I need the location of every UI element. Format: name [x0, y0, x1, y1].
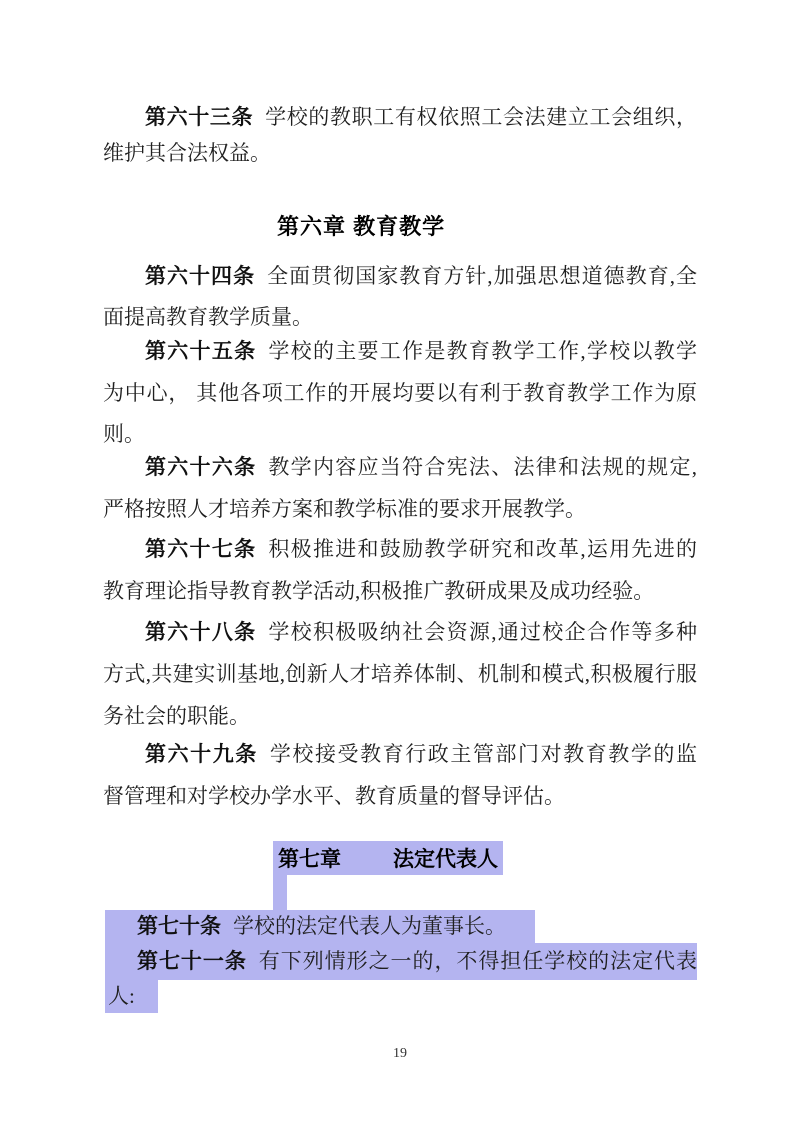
article-66-line-1: 第六十六条教学内容应当符合宪法、法律和法规的规定,	[103, 447, 697, 488]
article-71-text-1: 有下列情形之一的，不得担任学校的法定代表	[259, 949, 697, 973]
article-71-highlight-line-2: 人:	[105, 980, 158, 1013]
article-65-line-2: 为中心， 其他各项工作的开展均要以有利于教育教学工作为原	[103, 373, 697, 414]
article-71-number: 第七十一条	[137, 949, 247, 973]
article-67-line-2: 教育理论指导教育教学活动,积极推广教研成果及成功经验。	[103, 571, 697, 612]
article-64-text-1: 全面贯彻国家教育方针,加强思想道德教育,全	[267, 264, 697, 288]
article-63-line-1: 第六十三条学校的教职工有权依照工会法建立工会组织，	[103, 97, 697, 138]
article-65-number: 第六十五条	[145, 339, 256, 363]
article-69-text-1: 学校接受教育行政主管部门对教育教学的监	[270, 742, 697, 766]
article-71-highlight-line-1: 第七十一条有下列情形之一的，不得担任学校的法定代表	[105, 943, 697, 980]
article-68-line-1: 第六十八条学校积极吸纳社会资源,通过校企合作等多种	[103, 612, 697, 653]
article-64-number: 第六十四条	[145, 264, 255, 288]
chapter-7-heading-highlight: 第七章 法定代表人	[273, 841, 503, 875]
article-68-line-2: 方式,共建实训基地,创新人才培养体制、机制和模式,积极履行服	[103, 654, 697, 695]
page-number: 19	[0, 1044, 800, 1064]
article-69-number: 第六十九条	[145, 742, 258, 766]
article-67-text-1: 积极推进和鼓励教学研究和改革,运用先进的	[268, 537, 697, 561]
article-63-text-1: 学校的教职工有权依照工会法建立工会组织，	[265, 105, 697, 129]
article-69-line-2: 督管理和对学校办学水平、教育质量的督导评估。	[103, 776, 697, 817]
article-66-number: 第六十六条	[145, 455, 256, 479]
chapter-7-title: 法定代表人	[393, 843, 498, 873]
article-66-text-1: 教学内容应当符合宪法、法律和法规的规定,	[268, 455, 697, 479]
article-63-number: 第六十三条	[145, 105, 253, 129]
chapter-6-heading: 第六章 教育教学	[277, 206, 445, 247]
article-65-line-1: 第六十五条学校的主要工作是教育教学工作,学校以教学	[103, 331, 697, 372]
article-67-line-1: 第六十七条积极推进和鼓励教学研究和改革,运用先进的	[103, 529, 697, 570]
article-68-line-3: 务社会的职能。	[103, 696, 697, 737]
article-70-text: 学校的法定代表人为董事长。	[233, 914, 506, 938]
article-68-text-1: 学校积极吸纳社会资源,通过校企合作等多种	[268, 620, 697, 644]
highlighted-paragraph-mark-strip	[273, 875, 287, 910]
article-64-line-1: 第六十四条全面贯彻国家教育方针,加强思想道德教育,全	[103, 256, 697, 297]
article-63-line-2: 维护其合法权益。	[103, 133, 697, 174]
article-70-number: 第七十条	[137, 914, 221, 938]
article-70-highlight: 第七十条学校的法定代表人为董事长。	[105, 910, 535, 943]
article-65-text-1: 学校的主要工作是教育教学工作,学校以教学	[268, 339, 697, 363]
article-69-line-1: 第六十九条学校接受教育行政主管部门对教育教学的监	[103, 734, 697, 775]
article-68-number: 第六十八条	[145, 620, 256, 644]
article-66-line-2: 严格按照人才培养方案和教学标准的要求开展教学。	[103, 489, 697, 530]
article-67-number: 第六十七条	[145, 537, 256, 561]
document-page: 第六十三条学校的教职工有权依照工会法建立工会组织， 维护其合法权益。 第六章 教…	[0, 0, 800, 1131]
chapter-7-number: 第七章	[278, 843, 341, 873]
